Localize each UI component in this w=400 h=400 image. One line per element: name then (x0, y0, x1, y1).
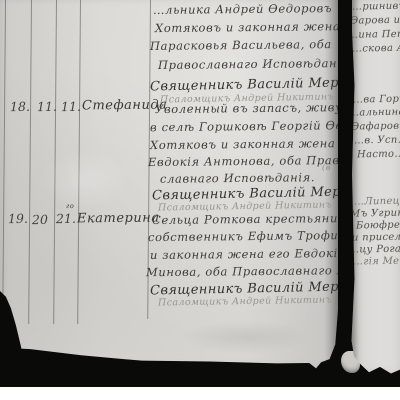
row3-day-born: 20 (32, 212, 48, 227)
right-page-fragment: …ва Горш… (353, 93, 400, 105)
right-page-fragment: и присел… (352, 231, 400, 243)
column-rule-4 (77, 0, 81, 324)
row3-day-baptized: 21. (56, 211, 76, 226)
right-page-fragment: …ина Петрова… (348, 28, 400, 41)
record1-line: Парасковья Васильева, оба (150, 37, 332, 53)
record1-line: Хотяковъ и законная жена его (155, 19, 366, 35)
paper-stain (180, 320, 310, 354)
right-page-fragment: …цу Рога… (349, 243, 400, 255)
right-page-fragment: Мъ Угрино… (350, 207, 400, 219)
row2-count: 18. (10, 99, 30, 114)
right-page-fragment: …в. Усп… (354, 135, 400, 147)
right-page-fragment: Ѳарова и в… (350, 14, 400, 26)
right-page-fragment: …скова Агр… (352, 42, 400, 54)
record3-line: собственникъ Ефимъ Трофимовъ (148, 228, 372, 244)
record2-margin-mark: (в (322, 163, 331, 172)
record3-clerk-line: Псаломщикъ Андрей Никитинъ (158, 294, 332, 308)
right-page-fragment: …альнинось… (349, 106, 400, 118)
record3-line: Минова, оба Православнаго Испов… (146, 263, 389, 280)
record2-line: Хотяковъ и законная жена его (150, 136, 361, 152)
row3-count: 19. (8, 211, 28, 226)
right-page-fragment: Боюфре… (356, 220, 400, 232)
row2-day-baptized: 11. (61, 99, 81, 114)
row3-day-superscript: го (66, 202, 74, 210)
record2-line: славнаго Исповѣданія. (160, 170, 315, 186)
row3-name: Екатерина (77, 211, 160, 227)
bottom-white-margin (0, 387, 400, 400)
record2-line: Уволенный въ запасъ, живущій (155, 100, 367, 116)
right-page: …ршнивъ и… Ѳарова и в… …ина Петрова… …ск… (350, 0, 400, 387)
left-page: …льника Андрей Ѳедоровъ Хотяковъ и закон… (0, 0, 338, 387)
right-page-fragment: …ршнивъ и… (352, 0, 400, 12)
column-rule-2 (28, 0, 32, 324)
record3-line: Сельца Роткова крестьянинъ (152, 211, 355, 227)
row2-day-born: 11. (37, 99, 57, 114)
right-page-fragment: …Липецко… (354, 195, 400, 207)
record1-line: Православнаго Исповѣданія (158, 56, 350, 72)
right-page-fragment: Насто… (357, 149, 400, 161)
column-rule-3 (53, 0, 57, 324)
record3-line: и законная жена его Евдокія (150, 246, 346, 262)
right-page-fragment: …гія Мер… (353, 255, 400, 267)
register-scan: …льника Андрей Ѳедоровъ Хотяковъ и закон… (0, 0, 400, 387)
right-page-fragment: Ѳафаровъ… (351, 120, 400, 132)
record1-line: …льника Андрей Ѳедоровъ (153, 1, 332, 17)
